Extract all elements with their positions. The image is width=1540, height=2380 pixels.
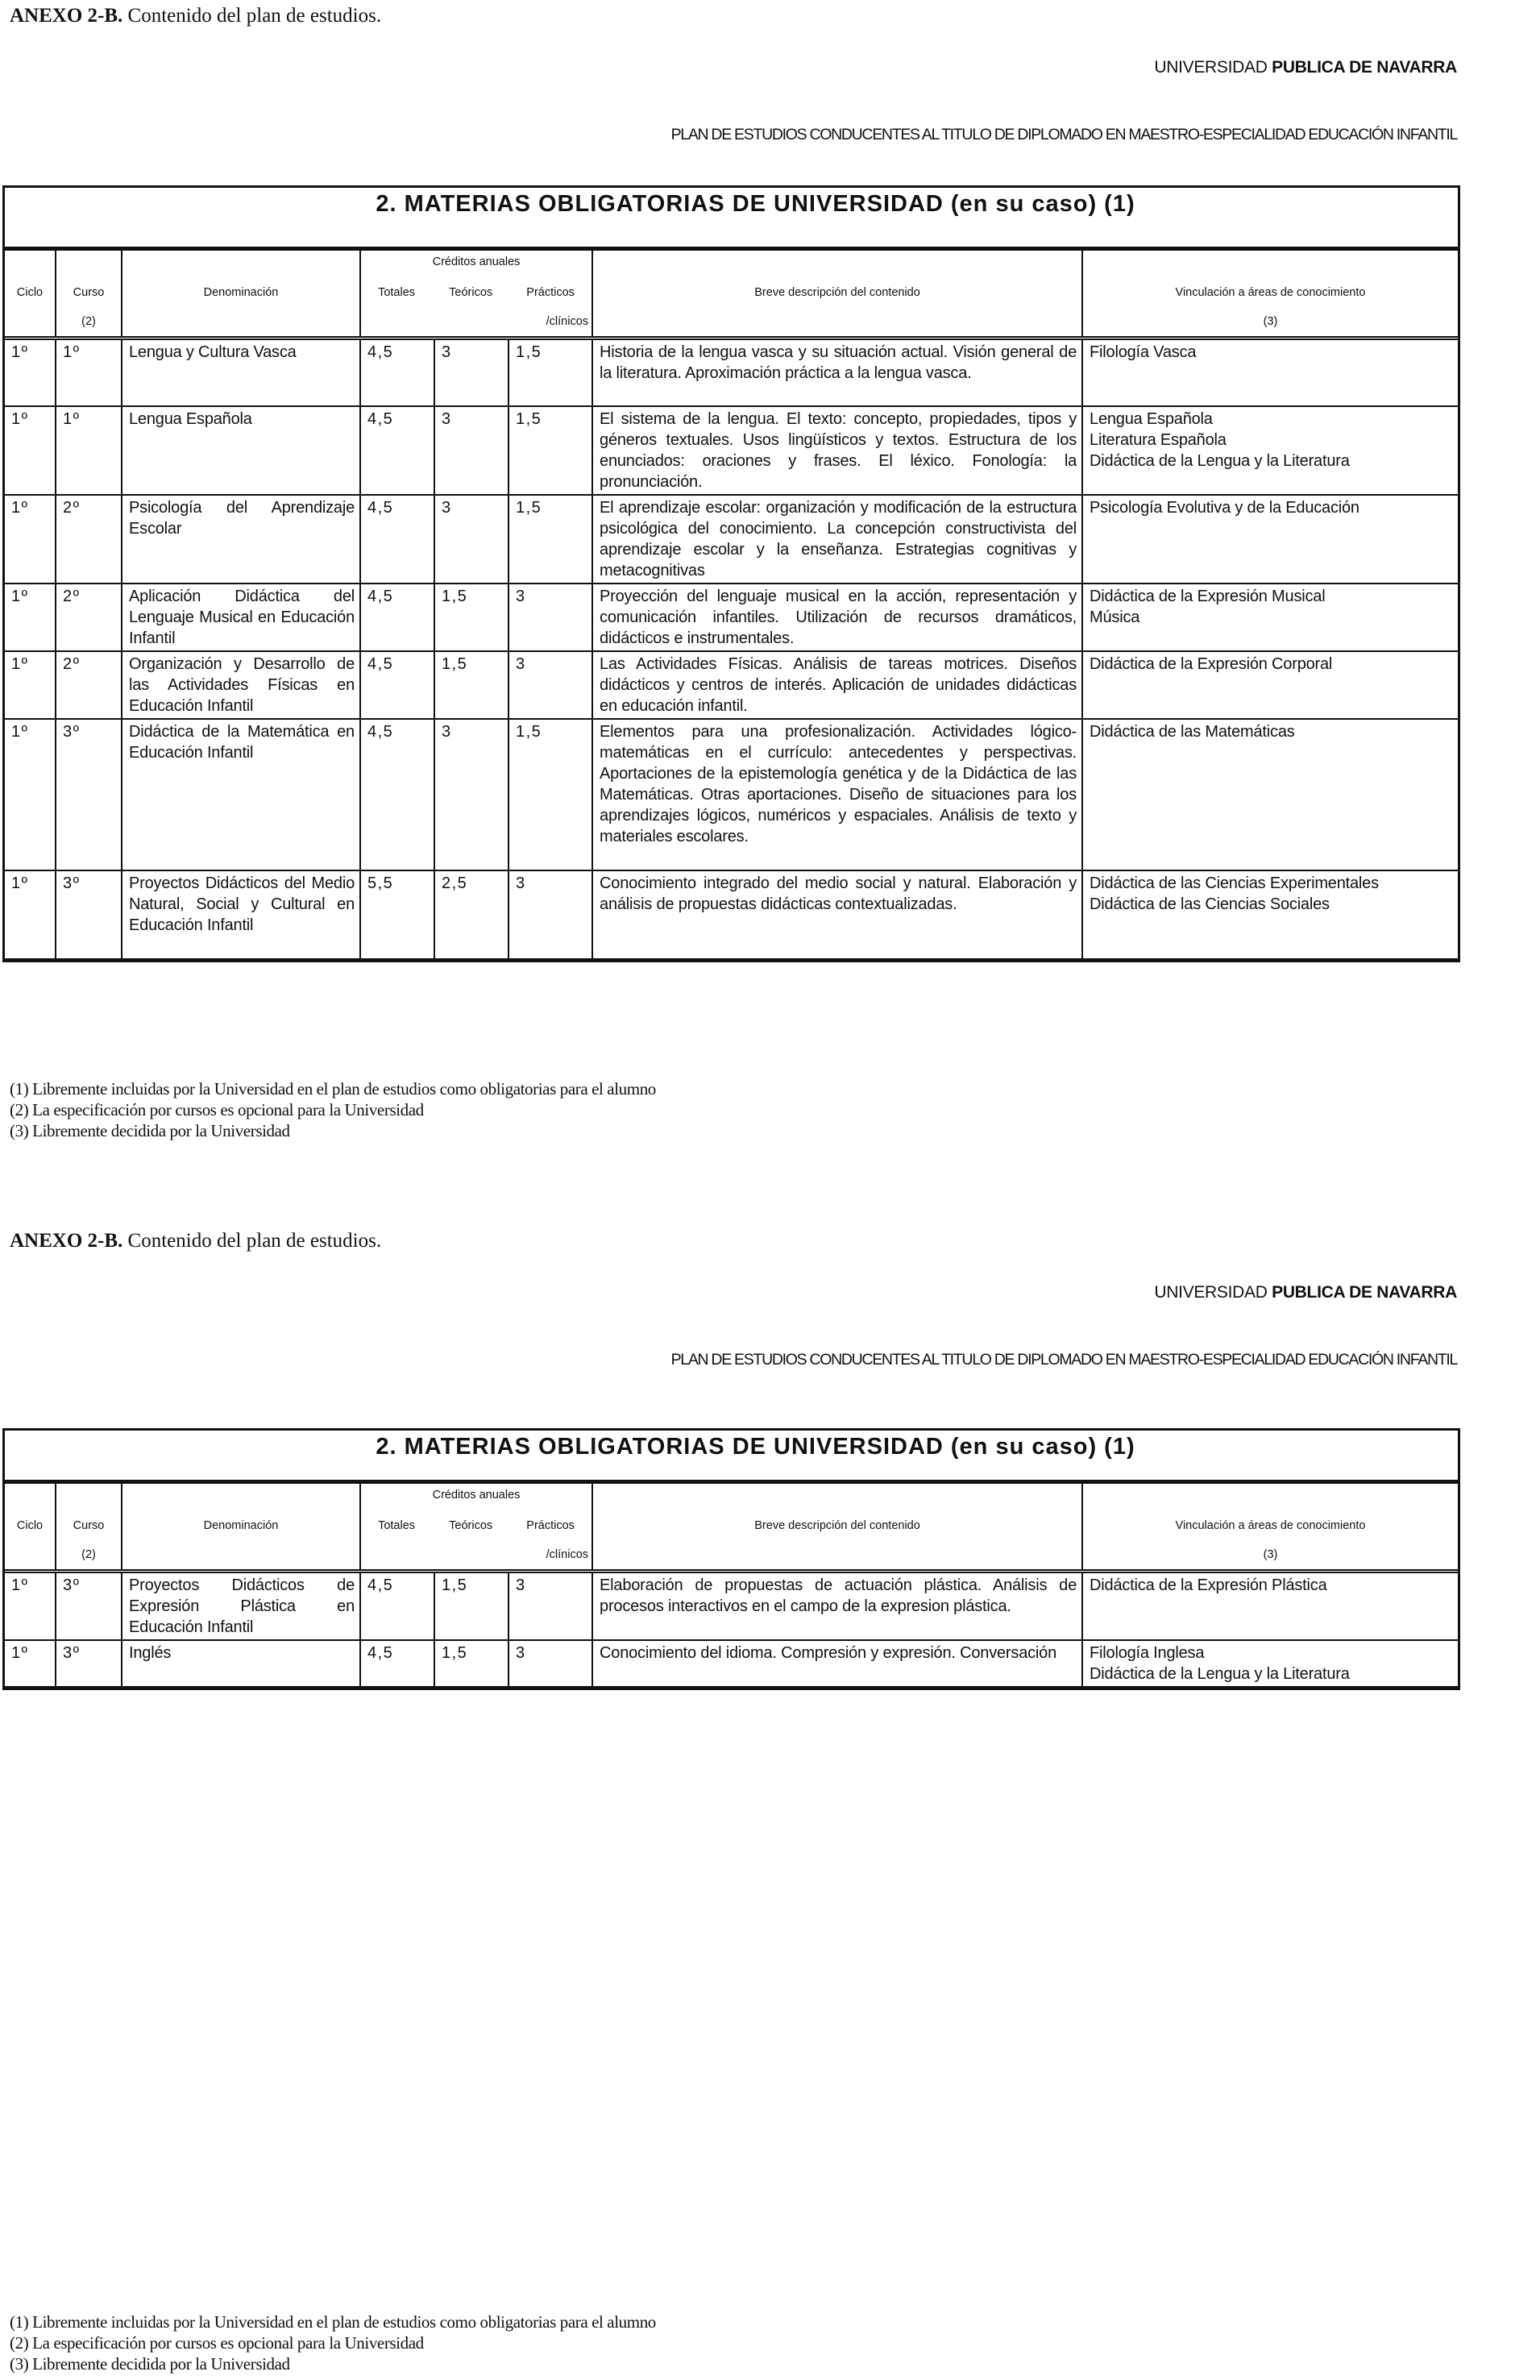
col-curso: Curso(2) xyxy=(56,250,122,339)
footnotes: (1) Libremente incluidas por la Universi… xyxy=(10,2311,656,2374)
table-row: 1º2ºOrganización y Desarrollo de las Act… xyxy=(5,651,1458,719)
table-row: 1º1ºLengua Española4,531,5El sistema de … xyxy=(5,406,1458,495)
curso-cell: 3º xyxy=(56,719,122,870)
totales-cell: 5,5 xyxy=(360,870,434,959)
plan-title: PLAN DE ESTUDIOS CONDUCENTES AL TITULO D… xyxy=(671,1351,1457,1369)
totales-cell: 4,5 xyxy=(360,651,434,719)
col-descripcion: Breve descripción del contenido xyxy=(592,250,1082,339)
practicos-cell: 3 xyxy=(508,1640,592,1687)
curso-cell: 1º xyxy=(56,406,122,495)
area-item: Didáctica de las Matemáticas xyxy=(1090,721,1453,742)
denominacion-cell: Inglés xyxy=(122,1640,360,1687)
col-denominacion: Denominación xyxy=(122,1483,360,1572)
col-vinculacion: Vinculación a áreas de conocimiento(3) xyxy=(1082,250,1458,339)
university-name: UNIVERSIDAD PUBLICA DE NAVARRA xyxy=(1154,58,1457,77)
footnote-3: (3) Libremente decidida por la Universid… xyxy=(10,1120,656,1141)
denominacion-cell: Aplicación Didáctica del Lenguaje Musica… xyxy=(122,584,360,651)
col-ciclo: Ciclo xyxy=(5,250,56,339)
totales-cell: 4,5 xyxy=(360,406,434,495)
totales-cell: 4,5 xyxy=(360,339,434,406)
table-row: 1º3ºProyectos Didácticos de Expresión Pl… xyxy=(5,1572,1458,1641)
ciclo-cell: 1º xyxy=(5,495,56,584)
curso-cell: 2º xyxy=(56,651,122,719)
col-teoricos: Teóricos xyxy=(449,1519,492,1532)
areas-cell: Didáctica de la Expresión MusicalMúsica xyxy=(1082,584,1458,651)
annex-heading: ANEXO 2-B. Contenido del plan de estudio… xyxy=(10,1230,381,1252)
areas-cell: Lengua EspañolaLiteratura EspañolaDidáct… xyxy=(1082,406,1458,495)
ciclo-cell: 1º xyxy=(5,339,56,406)
teoricos-cell: 1,5 xyxy=(434,651,508,719)
areas-cell: Didáctica de las Matemáticas xyxy=(1082,719,1458,870)
denominacion-cell: Proyectos Didácticos de Expresión Plásti… xyxy=(122,1572,360,1641)
subjects-table: 2. MATERIAS OBLIGATORIAS DE UNIVERSIDAD … xyxy=(2,185,1460,962)
area-item: Filología Vasca xyxy=(1090,342,1453,363)
descripcion-cell: El aprendizaje escolar: organización y m… xyxy=(592,495,1082,584)
ciclo-cell: 1º xyxy=(5,584,56,651)
practicos-cell: 3 xyxy=(508,651,592,719)
totales-cell: 4,5 xyxy=(360,1572,434,1641)
footnote-1: (1) Libremente incluidas por la Universi… xyxy=(10,2311,656,2332)
table-row: 1º2ºAplicación Didáctica del Lenguaje Mu… xyxy=(5,584,1458,651)
col-practicos: Prácticos xyxy=(526,1519,575,1532)
col-descripcion: Breve descripción del contenido xyxy=(592,1483,1082,1572)
teoricos-cell: 3 xyxy=(434,339,508,406)
ciclo-cell: 1º xyxy=(5,870,56,959)
col-totales: Totales xyxy=(378,1519,415,1532)
table-header: Ciclo Curso(2) Denominación Créditos anu… xyxy=(5,1483,1458,1572)
footnote-3: (3) Libremente decidida por la Universid… xyxy=(10,2353,656,2374)
table-row: 1º2ºPsicología del Aprendizaje Escolar4,… xyxy=(5,495,1458,584)
descripcion-cell: Elementos para una profesionalización. A… xyxy=(592,719,1082,870)
creditos-group-label: Créditos anuales xyxy=(361,255,592,268)
curso-cell: 2º xyxy=(56,584,122,651)
teoricos-cell: 3 xyxy=(434,719,508,870)
area-item: Didáctica de la Expresión Plástica xyxy=(1090,1575,1453,1596)
table-row: 1º3ºDidáctica de la Matemática en Educac… xyxy=(5,719,1458,870)
ciclo-cell: 1º xyxy=(5,719,56,870)
area-item: Lengua Española xyxy=(1090,409,1453,430)
areas-cell: Filología Vasca xyxy=(1082,339,1458,406)
curso-cell: 1º xyxy=(56,339,122,406)
col-totales: Totales xyxy=(378,286,415,299)
descripcion-cell: Proyección del lenguaje musical en la ac… xyxy=(592,584,1082,651)
table-title: 2. MATERIAS OBLIGATORIAS DE UNIVERSIDAD … xyxy=(5,188,1458,249)
footnotes: (1) Libremente incluidas por la Universi… xyxy=(10,1078,656,1141)
col-curso: Curso(2) xyxy=(56,1483,122,1572)
university-name: UNIVERSIDAD PUBLICA DE NAVARRA xyxy=(1154,1283,1457,1302)
areas-cell: Filología InglesaDidáctica de la Lengua … xyxy=(1082,1640,1458,1687)
table-row: 1º3ºProyectos Didácticos del Medio Natur… xyxy=(5,870,1458,959)
col-teoricos: Teóricos xyxy=(449,286,492,299)
practicos-cell: 1,5 xyxy=(508,495,592,584)
practicos-cell: 3 xyxy=(508,1572,592,1641)
area-item: Música xyxy=(1090,607,1453,628)
areas-cell: Didáctica de las Ciencias Experimentales… xyxy=(1082,870,1458,959)
footnote-1: (1) Libremente incluidas por la Universi… xyxy=(10,1078,656,1099)
totales-cell: 4,5 xyxy=(360,719,434,870)
table-header: Ciclo Curso(2) Denominación Créditos anu… xyxy=(5,250,1458,339)
ciclo-cell: 1º xyxy=(5,406,56,495)
subjects-table: 2. MATERIAS OBLIGATORIAS DE UNIVERSIDAD … xyxy=(2,1428,1460,1690)
descripcion-cell: Las Actividades Físicas. Análisis de tar… xyxy=(592,651,1082,719)
area-item: Didáctica de la Lengua y la Literatura xyxy=(1090,1664,1453,1684)
practicos-cell: 3 xyxy=(508,584,592,651)
teoricos-cell: 1,5 xyxy=(434,584,508,651)
practicos-cell: 1,5 xyxy=(508,339,592,406)
teoricos-cell: 3 xyxy=(434,406,508,495)
denominacion-cell: Lengua Española xyxy=(122,406,360,495)
area-item: Didáctica de la Lengua y la Literatura xyxy=(1090,451,1453,471)
table-body: 1º1ºLengua y Cultura Vasca4,531,5Histori… xyxy=(5,339,1458,959)
denominacion-cell: Psicología del Aprendizaje Escolar xyxy=(122,495,360,584)
table-body: 1º3ºProyectos Didácticos de Expresión Pl… xyxy=(5,1572,1458,1688)
areas-cell: Didáctica de la Expresión Corporal xyxy=(1082,651,1458,719)
areas-cell: Didáctica de la Expresión Plástica xyxy=(1082,1572,1458,1641)
ciclo-cell: 1º xyxy=(5,1572,56,1641)
totales-cell: 4,5 xyxy=(360,584,434,651)
area-item: Filología Inglesa xyxy=(1090,1643,1453,1664)
ciclo-cell: 1º xyxy=(5,651,56,719)
ciclo-cell: 1º xyxy=(5,1640,56,1687)
denominacion-cell: Organización y Desarrollo de las Activid… xyxy=(122,651,360,719)
area-item: Didáctica de las Ciencias Sociales xyxy=(1090,894,1453,915)
area-item: Psicología Evolutiva y de la Educación xyxy=(1090,497,1453,518)
descripcion-cell: El sistema de la lengua. El texto: conce… xyxy=(592,406,1082,495)
denominacion-cell: Lengua y Cultura Vasca xyxy=(122,339,360,406)
footnote-2: (2) La especificación por cursos es opci… xyxy=(10,1099,656,1120)
teoricos-cell: 1,5 xyxy=(434,1572,508,1641)
descripcion-cell: Historia de la lengua vasca y su situaci… xyxy=(592,339,1082,406)
col-vinculacion: Vinculación a áreas de conocimiento(3) xyxy=(1082,1483,1458,1572)
areas-cell: Psicología Evolutiva y de la Educación xyxy=(1082,495,1458,584)
descripcion-cell: Elaboración de propuestas de actuación p… xyxy=(592,1572,1082,1641)
practicos-cell: 1,5 xyxy=(508,406,592,495)
denominacion-cell: Didáctica de la Matemática en Educación … xyxy=(122,719,360,870)
curso-cell: 3º xyxy=(56,870,122,959)
annex-heading: ANEXO 2-B. Contenido del plan de estudio… xyxy=(10,5,381,27)
table-row: 1º3ºInglés4,51,53Conocimiento del idioma… xyxy=(5,1640,1458,1687)
descripcion-cell: Conocimiento del idioma. Compresión y ex… xyxy=(592,1640,1082,1687)
col-creditos: Créditos anuales Totales Teóricos Prácti… xyxy=(360,1483,592,1572)
table-row: 1º1ºLengua y Cultura Vasca4,531,5Histori… xyxy=(5,339,1458,406)
totales-cell: 4,5 xyxy=(360,1640,434,1687)
teoricos-cell: 3 xyxy=(434,495,508,584)
area-item: Didáctica de las Ciencias Experimentales xyxy=(1090,873,1453,894)
plan-title: PLAN DE ESTUDIOS CONDUCENTES AL TITULO D… xyxy=(671,126,1457,144)
area-item: Didáctica de la Expresión Corporal xyxy=(1090,654,1453,675)
table-title: 2. MATERIAS OBLIGATORIAS DE UNIVERSIDAD … xyxy=(5,1431,1458,1482)
col-denominacion: Denominación xyxy=(122,250,360,339)
col-creditos: Créditos anuales Totales Teóricos Prácti… xyxy=(360,250,592,339)
teoricos-cell: 1,5 xyxy=(434,1640,508,1687)
teoricos-cell: 2,5 xyxy=(434,870,508,959)
practicos-cell: 1,5 xyxy=(508,719,592,870)
practicos-cell: 3 xyxy=(508,870,592,959)
area-item: Literatura Española xyxy=(1090,430,1453,451)
area-item: Didáctica de la Expresión Musical xyxy=(1090,586,1453,607)
curso-cell: 3º xyxy=(56,1572,122,1641)
totales-cell: 4,5 xyxy=(360,495,434,584)
descripcion-cell: Conocimiento integrado del medio social … xyxy=(592,870,1082,959)
curso-cell: 3º xyxy=(56,1640,122,1687)
creditos-group-label: Créditos anuales xyxy=(361,1489,592,1502)
col-ciclo: Ciclo xyxy=(5,1483,56,1572)
denominacion-cell: Proyectos Didácticos del Medio Natural, … xyxy=(122,870,360,959)
footnote-2: (2) La especificación por cursos es opci… xyxy=(10,2332,656,2353)
curso-cell: 2º xyxy=(56,495,122,584)
col-practicos: Prácticos xyxy=(526,286,575,299)
